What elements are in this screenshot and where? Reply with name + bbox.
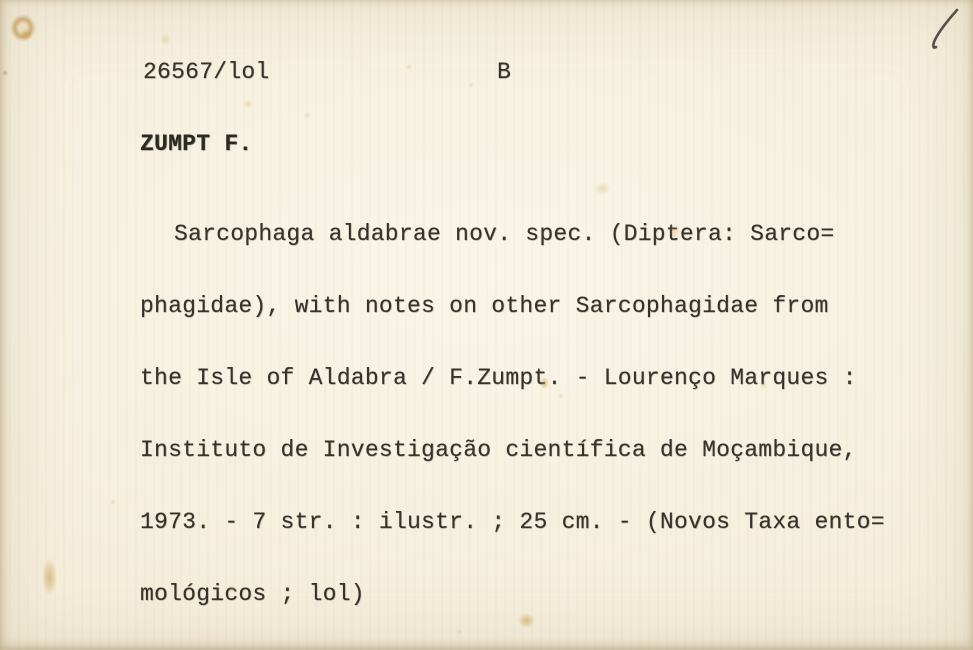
description-line: phagidae), with notes on other Sarcophag… (140, 294, 885, 318)
call-number: 26567/lol (143, 60, 269, 84)
stain-spot (243, 99, 253, 109)
stain-spot (406, 64, 412, 70)
stain-spot (468, 82, 474, 88)
description-line: 1973. - 7 str. : ilustr. ; 25 cm. - (Nov… (140, 510, 885, 534)
stain-spot (42, 558, 57, 596)
library-catalog-card: 26567/lol B ZUMPT F. Sarcophaga aldabrae… (0, 0, 973, 650)
description-line: Instituto de Investigação científica de … (140, 438, 885, 462)
stain-spot (10, 14, 36, 42)
stain-spot (2, 70, 8, 76)
pen-mark-icon (924, 6, 966, 52)
stain-spot (304, 112, 311, 119)
stain-spot (160, 33, 171, 46)
stain-spot (20, 28, 32, 40)
description-line: the Isle of Aldabra / F.Zumpt. - Lourenç… (140, 366, 885, 390)
classification-letter: B (497, 60, 511, 84)
stain-spot (110, 499, 116, 505)
description-line: mológicos ; lol) (140, 582, 885, 606)
author-heading: ZUMPT F. (140, 132, 252, 156)
bibliographic-description: Sarcophaga aldabrae nov. spec. (Diptera:… (140, 174, 885, 650)
description-line: Sarcophaga aldabrae nov. spec. (Diptera:… (140, 222, 885, 246)
